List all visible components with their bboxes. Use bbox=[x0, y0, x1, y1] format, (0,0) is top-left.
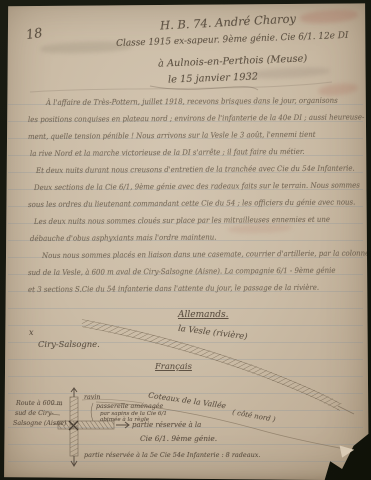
scanned-letter-photo: 18 H. B. 74. André Charoy Classe 1915 ex… bbox=[0, 0, 371, 480]
sketch-map bbox=[0, 0, 371, 480]
sketch-note-passerelle: passerelle aménagée bbox=[96, 403, 163, 410]
sketch-note-partie-genie: Cie 6/1. 9ème génie. bbox=[140, 434, 217, 443]
sketch-margin-note: sud de Ciry- bbox=[15, 410, 54, 417]
sketch-note-partie-infanterie: partie réservée à la 5e Cie 54e Infanter… bbox=[84, 451, 260, 459]
sketch-label-allemands: Allemands. bbox=[178, 310, 229, 320]
sketch-x-mark: x bbox=[29, 328, 34, 337]
sketch-label-francais: Français bbox=[155, 361, 192, 371]
sketch-margin-note: Route à 600 m bbox=[16, 400, 63, 407]
sketch-note-ravin: ravin bbox=[84, 394, 100, 401]
sketch-label-village: Ciry-Salsogne. bbox=[38, 339, 100, 349]
letter-sheet: 18 H. B. 74. André Charoy Classe 1915 ex… bbox=[0, 0, 371, 480]
sketch-margin-note: Salsogne (Aisne) bbox=[13, 420, 66, 427]
sketch-note-partie-genie: partie réservée à la bbox=[132, 421, 201, 429]
